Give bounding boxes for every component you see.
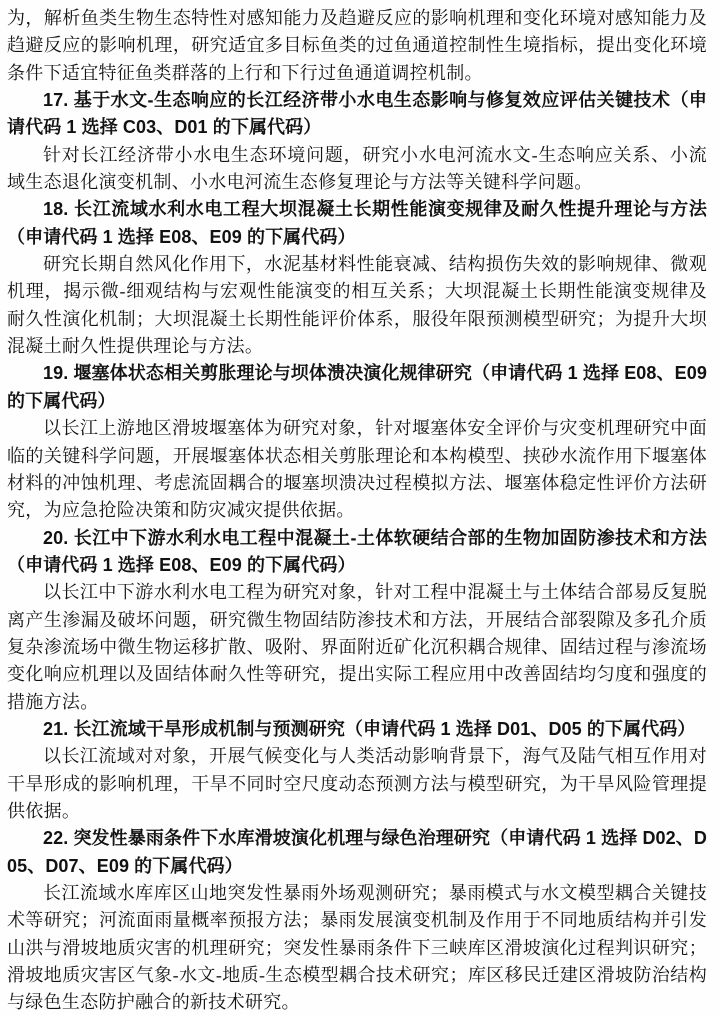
document-page: 为，解析鱼类生物生态特性对感知能力及趋避反应的影响机理和变化环境对感知能力及趋避…: [0, 0, 720, 1015]
topic-21-body: 以长江流域对对象，开展气候变化与人类活动影响背景下，海气及陆气相互作用对干旱形成…: [7, 743, 707, 825]
topic-20-body: 以长江中下游水利水电工程为研究对象，针对工程中混凝土与土体结合部易反复脱离产生渗…: [7, 579, 707, 716]
topic-20-heading: 20. 长江中下游水利水电工程中混凝土-土体软硬结合部的生物加固防渗技术和方法（…: [7, 525, 707, 580]
topic-19-heading: 19. 堰塞体状态相关剪胀理论与坝体溃决演化规律研究（申请代码 1 选择 E08…: [7, 360, 707, 415]
intro-paragraph-continuation: 为，解析鱼类生物生态特性对感知能力及趋避反应的影响机理和变化环境对感知能力及趋避…: [7, 5, 707, 87]
topic-17-body: 针对长江经济带小水电生态环境问题，研究小水电河流水文-生态响应关系、小流域生态退…: [7, 142, 707, 197]
topic-19-body: 以长江上游地区滑坡堰塞体为研究对象，针对堰塞体安全评价与灾变机理研究中面临的关键…: [7, 415, 707, 524]
topic-22-heading: 22. 突发性暴雨条件下水库滑坡演化机理与绿色治理研究（申请代码 1 选择 D0…: [7, 825, 707, 880]
topic-18-body: 研究长期自然风化作用下，水泥基材料性能衰减、结构损伤失效的影响规律、微观机理，揭…: [7, 251, 707, 360]
topic-22-body: 长江流域水库库区山地突发性暴雨外场观测研究；暴雨模式与水文模型耦合关键技术等研究…: [7, 880, 707, 1015]
topic-18-heading: 18. 长江流域水利水电工程大坝混凝土长期性能演变规律及耐久性提升理论与方法（申…: [7, 196, 707, 251]
topic-17-heading: 17. 基于水文-生态响应的长江经济带小水电生态影响与修复效应评估关键技术（申请…: [7, 87, 707, 142]
topic-21-heading: 21. 长江流域干旱形成机制与预测研究（申请代码 1 选择 D01、D05 的下…: [7, 716, 707, 743]
